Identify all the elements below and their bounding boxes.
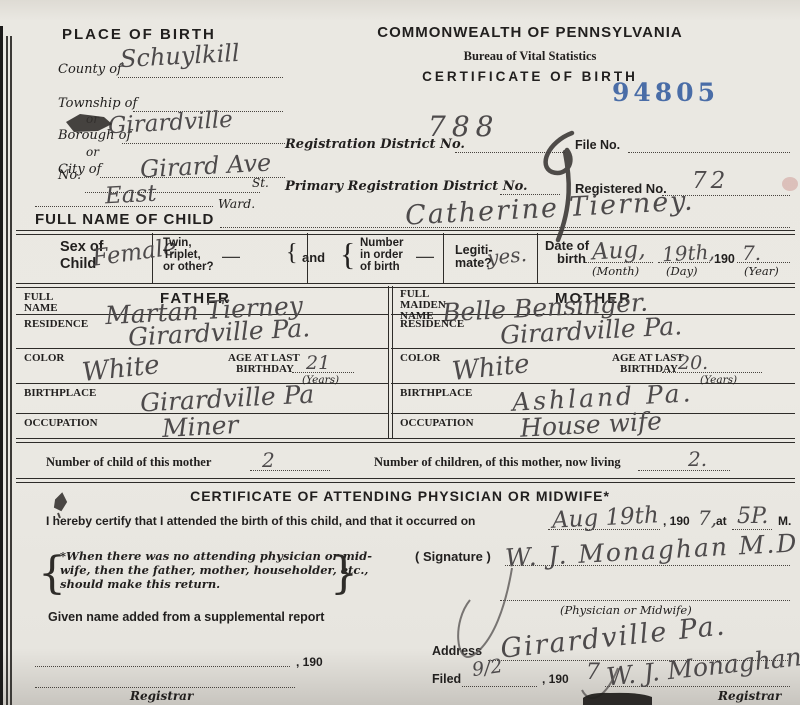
occurred-date-value: Aug 19th	[551, 502, 659, 534]
child-name-line	[220, 227, 790, 228]
order-label-line3: of birth	[360, 261, 400, 273]
pink-smudge	[782, 177, 798, 191]
file-no-line	[628, 152, 790, 153]
mother-color-value: White	[451, 349, 531, 387]
certify-year-value: 7,	[698, 506, 717, 530]
ward-label: Ward.	[218, 196, 255, 211]
father-birthplace-label: BIRTHPLACE	[24, 387, 96, 399]
order-label-line2: in order	[360, 249, 403, 261]
signature-label: ( Signature )	[415, 549, 491, 564]
sex-row-divider-3	[443, 233, 444, 283]
mother-color-label: COLOR	[400, 352, 440, 364]
at-label: at	[716, 514, 727, 528]
filed-value: 9/2	[471, 655, 504, 681]
left-registrar-line	[35, 687, 295, 688]
right-registrar-label: Registrar	[718, 689, 781, 703]
registration-district-line	[455, 152, 565, 153]
child-number-value: 2	[262, 448, 275, 472]
physician-note-line1: *When there was no attending physician o…	[60, 549, 372, 563]
supplemental-date-line	[35, 666, 290, 667]
living-value: 2.	[688, 447, 707, 471]
bureau-subtitle: Bureau of Vital Statistics	[300, 49, 760, 64]
ward-line	[35, 206, 213, 207]
mother-years-label: (Years)	[700, 374, 737, 386]
father-occupation-value: Miner	[161, 410, 239, 443]
certify-year-printed: , 190	[663, 514, 690, 528]
commonwealth-title: COMMONWEALTH OF PENNSYLVANIA	[300, 24, 760, 41]
filed-label: Filed	[432, 672, 461, 686]
certificate-number-stamp: 94805	[612, 78, 719, 107]
physician-note-line2: wife, then the father, mother, household…	[60, 563, 368, 577]
dob-day-value: 19th,	[661, 240, 715, 267]
living-line	[638, 470, 730, 471]
registered-no-value: 72	[692, 168, 729, 194]
twin-value: —	[222, 246, 240, 267]
father-occupation-label: OCCUPATION	[24, 417, 98, 429]
day-label: (Day)	[666, 264, 698, 278]
physician-midwife-line	[500, 600, 790, 601]
mother-residence-label: RESIDENCE	[400, 318, 464, 330]
certify-text: I hereby certify that I attended the bir…	[46, 514, 475, 528]
filed-year-value: 7	[586, 660, 600, 685]
filed-line	[462, 686, 537, 687]
father-age-value: 21	[306, 352, 330, 374]
and-label: and	[302, 250, 325, 265]
supplemental-year-printed: , 190	[296, 655, 323, 669]
dob-label-line2: birth	[557, 251, 586, 266]
sex-label-line2: Child	[60, 256, 96, 272]
address-label: Address	[432, 644, 482, 658]
brace-left: {	[286, 240, 298, 267]
parents-center-divider	[388, 286, 393, 438]
child-number-label: Number of child of this mother	[46, 455, 211, 470]
sex-row-divider-4	[537, 233, 538, 283]
mother-age-label-2: BIRTHDAY	[620, 363, 678, 375]
father-age-label-2: BIRTHDAY	[236, 363, 294, 375]
mother-residence-rule	[391, 348, 795, 349]
county-line	[118, 77, 283, 78]
rule-above-sex-row	[16, 230, 795, 235]
dob-year-printed: 190	[714, 252, 735, 266]
twin-label-line1: Twin,	[163, 237, 192, 249]
primary-district-label: Primary Registration District No.	[285, 179, 528, 194]
file-no-label: File No.	[575, 138, 620, 152]
dob-month-value: Aug,	[591, 237, 646, 266]
or-1: or	[86, 112, 99, 126]
filed-year-printed: , 190	[542, 672, 569, 686]
meridiem-label: M.	[778, 514, 791, 528]
township-label: Township of	[58, 96, 137, 111]
twin-label-line2: Triplet,	[163, 249, 201, 261]
street-no-label: No.	[58, 168, 81, 183]
left-registrar-label: Registrar	[130, 689, 193, 703]
mother-occupation-label: OCCUPATION	[400, 417, 474, 429]
physician-section-title: CERTIFICATE OF ATTENDING PHYSICIAN OR MI…	[100, 488, 700, 504]
order-label-line1: Number	[360, 237, 403, 249]
father-age-line	[292, 372, 354, 373]
order-value: —	[416, 246, 434, 267]
father-color-label: COLOR	[24, 352, 64, 364]
note-brace-right: }	[330, 548, 358, 599]
rule-below-counts	[16, 478, 795, 483]
supplemental-note: Given name added from a supplemental rep…	[48, 610, 324, 624]
father-residence-label: RESIDENCE	[24, 318, 88, 330]
rule-below-parents	[16, 438, 795, 443]
birth-certificate-scan: PLACE OF BIRTH COMMONWEALTH OF PENNSYLVA…	[0, 0, 800, 705]
time-value: 5P.	[737, 504, 768, 529]
year-label: (Year)	[744, 264, 779, 278]
bottom-dark-blob	[583, 693, 652, 705]
county-label: County of	[58, 62, 122, 77]
mother-birthplace-label: BIRTHPLACE	[400, 387, 472, 399]
county-value: Schuylkill	[119, 39, 240, 73]
twin-label-line3: or other?	[163, 261, 213, 273]
legitimate-value: yes.	[486, 242, 528, 270]
scan-left-edge	[0, 26, 3, 705]
dob-year-value: 7.	[742, 241, 761, 265]
mother-age-value: 20.	[678, 352, 708, 374]
child-name-label: FULL NAME OF CHILD	[35, 211, 214, 228]
living-label: Number of children, of this mother, now …	[374, 455, 621, 470]
binding-rule-2	[10, 36, 12, 705]
physician-note-line3: should make this return.	[60, 577, 220, 591]
binding-rule-1	[6, 36, 8, 705]
borough-line	[122, 143, 285, 144]
brace-right: {	[340, 236, 355, 273]
borough-value: Girardville	[107, 107, 233, 139]
st-label: St.	[252, 176, 269, 190]
mother-age-line	[662, 372, 762, 373]
or-2: or	[86, 145, 99, 159]
registration-district-value: 788	[428, 110, 499, 143]
father-residence-rule	[16, 348, 388, 349]
month-label: (Month)	[592, 264, 639, 278]
father-name-label-2: NAME	[24, 302, 58, 314]
signature-value: W. J. Monaghan M.D	[504, 528, 799, 572]
